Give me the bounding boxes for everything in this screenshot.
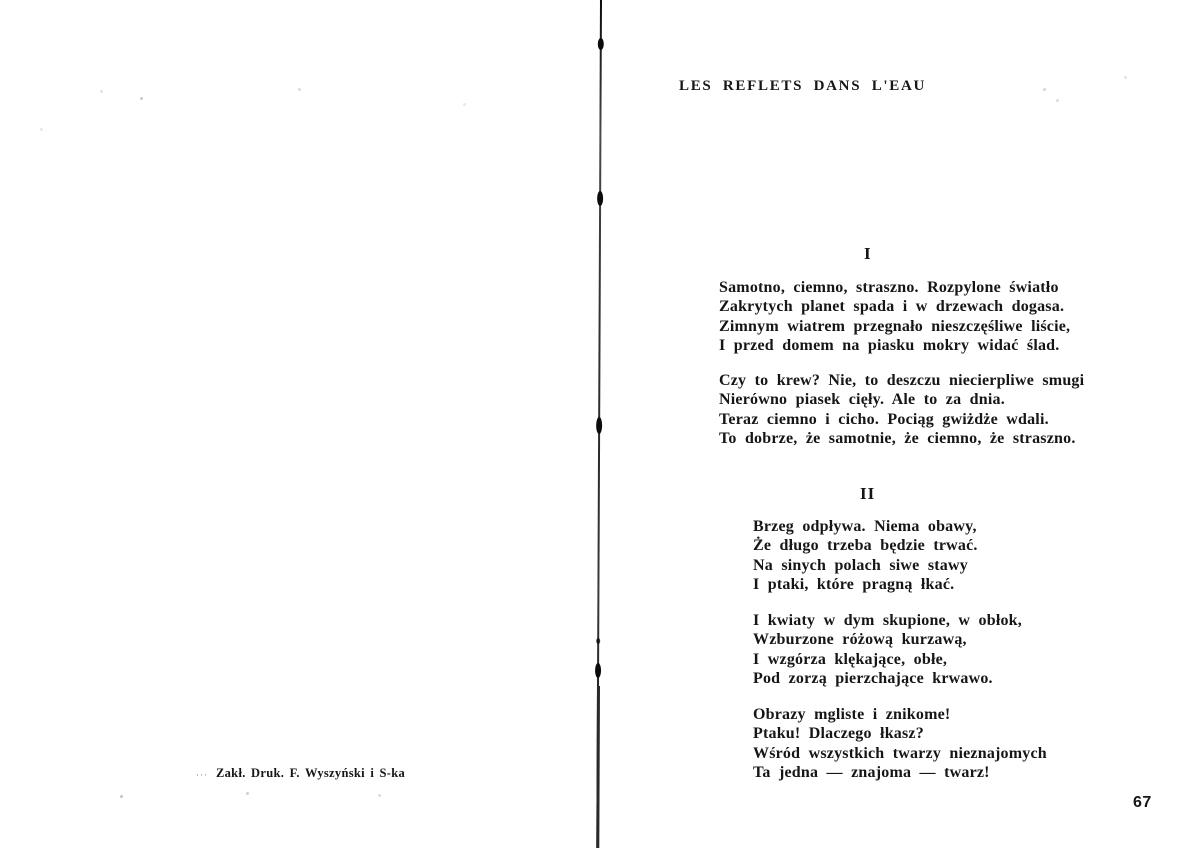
poem-line: Wzburzone różową kurzawą, xyxy=(753,630,1022,649)
printer-imprint: Zakł. Druk. F. Wyszyński i S-ka xyxy=(216,766,405,781)
poem-title: LES REFLETS DANS L'EAU xyxy=(679,78,926,95)
poem-line: Na sinych polach siwe stawy xyxy=(753,556,978,575)
scan-speck xyxy=(1056,99,1059,102)
fold-line-bottom xyxy=(596,686,600,848)
stanza: Obrazy mgliste i znikome! Ptaku! Dlaczeg… xyxy=(753,705,1047,783)
poem-line: Wśród wszystkich twarzy nieznajomych xyxy=(753,744,1047,763)
fold-ink-blob xyxy=(596,417,602,434)
poem-line: Nierówno piasek cięły. Ale to za dnia. xyxy=(719,390,1084,409)
poem-line: Samotno, ciemno, straszno. Rozpylone świ… xyxy=(719,278,1070,297)
stanza: Czy to krew? Nie, to deszczu niecierpliw… xyxy=(719,371,1084,449)
poem-line: Zakrytych planet spada i w drzewach doga… xyxy=(719,297,1070,316)
fold-ink-blob xyxy=(596,638,600,644)
scan-speck xyxy=(120,795,123,798)
poem-line: Obrazy mgliste i znikome! xyxy=(753,705,1047,724)
binding-fold xyxy=(593,0,605,848)
section-heading-1: I xyxy=(864,244,872,264)
scan-speck xyxy=(463,103,466,106)
fold-ink-blob xyxy=(595,663,601,678)
stanza: I kwiaty w dym skupione, w obłok, Wzburz… xyxy=(753,611,1022,689)
section-heading-2: II xyxy=(860,484,875,504)
poem-line: I przed domem na piasku mokry widać ślad… xyxy=(719,336,1070,355)
poem-line: I kwiaty w dym skupione, w obłok, xyxy=(753,611,1022,630)
scan-speck xyxy=(1043,88,1046,91)
poem-line: To dobrze, że samotnie, że ciemno, że st… xyxy=(719,429,1084,448)
poem-line: I wzgórza klękające, obłe, xyxy=(753,650,1022,669)
fold-ink-blob xyxy=(598,38,604,50)
scan-speck xyxy=(140,97,143,100)
poem-line: Że długo trzeba będzie trwać. xyxy=(753,536,978,555)
poem-line: Pod zorzą pierzchające krwawo. xyxy=(753,669,1022,688)
book-spread-scan: ··· Zakł. Druk. F. Wyszyński i S-ka LES … xyxy=(0,0,1200,848)
poem-line: Czy to krew? Nie, to deszczu niecierpliw… xyxy=(719,371,1084,390)
fold-ink-blob xyxy=(597,191,603,206)
poem-line: Brzeg odpływa. Niema obawy, xyxy=(753,517,978,536)
scan-speck xyxy=(1124,76,1127,79)
scan-speck xyxy=(378,794,381,797)
stanza: Samotno, ciemno, straszno. Rozpylone świ… xyxy=(719,278,1070,356)
page-number: 67 xyxy=(1133,794,1152,812)
poem-line: I ptaki, które pragną łkać. xyxy=(753,575,978,594)
scan-speck xyxy=(246,792,249,795)
stanza: Brzeg odpływa. Niema obawy, Że długo trz… xyxy=(753,517,978,595)
poem-line: Ta jedna — znajoma — twarz! xyxy=(753,763,1047,782)
poem-line: Ptaku! Dlaczego łkasz? xyxy=(753,724,1047,743)
scan-speck xyxy=(298,88,301,91)
poem-line: Zimnym wiatrem przegnało nieszczęśliwe l… xyxy=(719,317,1070,336)
scan-speck xyxy=(40,128,43,131)
scan-speck xyxy=(100,90,103,93)
poem-line: Teraz ciemno i cicho. Pociąg gwiżdże wda… xyxy=(719,410,1084,429)
printer-mark-dots: ··· xyxy=(196,770,208,780)
